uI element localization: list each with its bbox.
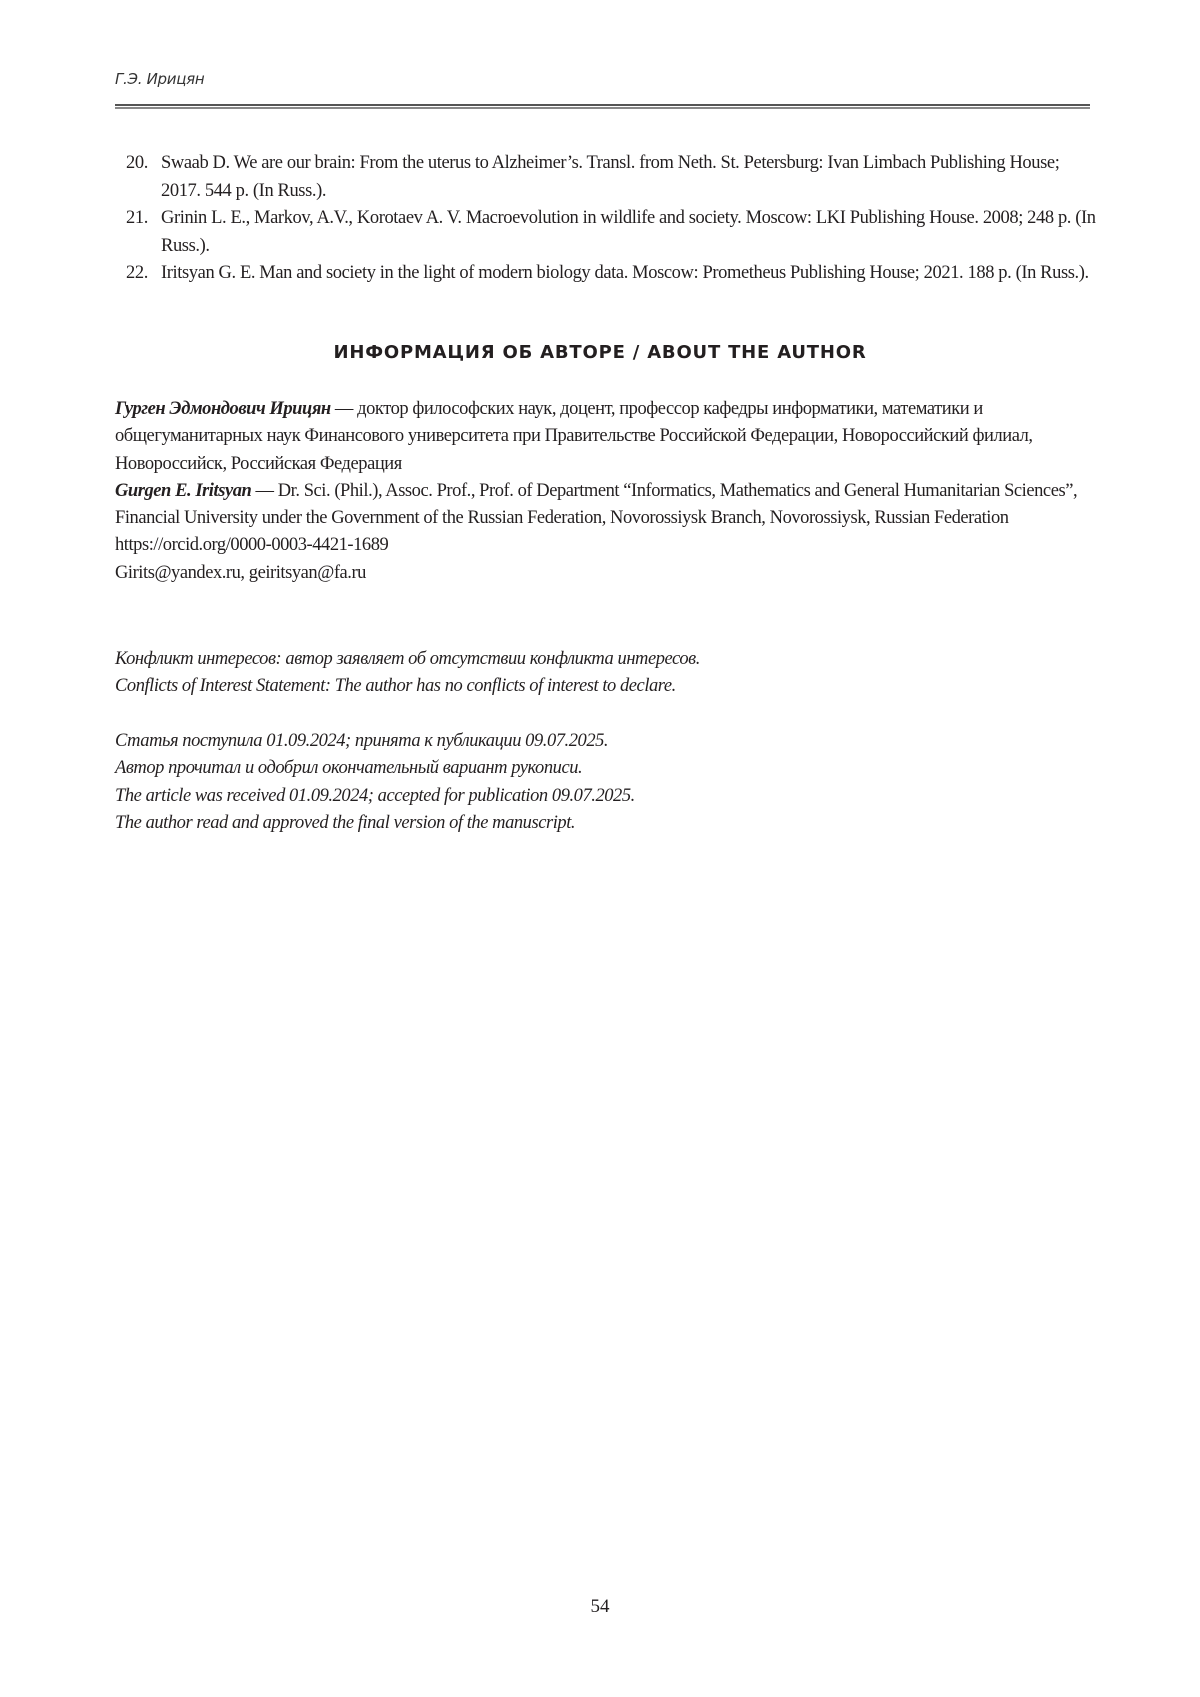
- header-rule: [115, 104, 1090, 109]
- approved-en: The author read and approved the final v…: [115, 810, 1100, 837]
- author-emails[interactable]: Girits@yandex.ru, geiritsyan@fa.ru: [115, 560, 1100, 587]
- author-name-en: Gurgen E. Iritsyan: [115, 481, 251, 501]
- article-dates: Статья поступила 01.09.2024; принята к п…: [115, 728, 1100, 837]
- author-info: Гурген Эдмондович Ирицян — доктор филосо…: [115, 396, 1100, 587]
- reference-item: 20. Swaab D. We are our brain: From the …: [115, 150, 1100, 205]
- conflict-ru: Конфликт интересов: автор заявляет об от…: [115, 646, 1100, 673]
- conflict-en: Conflicts of Interest Statement: The aut…: [115, 673, 1100, 700]
- reference-item: 22. Iritsyan G. E. Man and society in th…: [115, 260, 1100, 288]
- author-name-ru: Гурген Эдмондович Ирицян: [115, 399, 331, 419]
- author-info-en: Gurgen E. Iritsyan — Dr. Sci. (Phil.), A…: [115, 478, 1100, 533]
- author-desc-en: — Dr. Sci. (Phil.), Assoc. Prof., Prof. …: [115, 481, 1077, 528]
- reference-item: 21. Grinin L. E., Markov, A.V., Korotaev…: [115, 205, 1100, 260]
- section-heading: ИНФОРМАЦИЯ ОБ АВТОРЕ / ABOUT THE AUTHOR: [0, 342, 1200, 363]
- reference-text: Swaab D. We are our brain: From the uter…: [161, 153, 1059, 201]
- approved-ru: Автор прочитал и одобрил окончательный в…: [115, 755, 1100, 782]
- reference-number: 22.: [126, 260, 148, 288]
- reference-text: Grinin L. E., Markov, A.V., Korotaev A. …: [161, 208, 1096, 256]
- reference-number: 20.: [126, 150, 148, 178]
- running-head: Г.Э. Ирицян: [115, 70, 204, 88]
- reference-number: 21.: [126, 205, 148, 233]
- author-info-ru: Гурген Эдмондович Ирицян — доктор филосо…: [115, 396, 1100, 478]
- received-en: The article was received 01.09.2024; acc…: [115, 783, 1100, 810]
- received-ru: Статья поступила 01.09.2024; принята к п…: [115, 728, 1100, 755]
- conflict-of-interest: Конфликт интересов: автор заявляет об от…: [115, 646, 1100, 701]
- reference-text: Iritsyan G. E. Man and society in the li…: [161, 263, 1089, 283]
- reference-list: 20. Swaab D. We are our brain: From the …: [115, 150, 1100, 288]
- page-number: 54: [0, 1596, 1200, 1618]
- orcid-link[interactable]: https://orcid.org/0000-0003-4421-1689: [115, 532, 1100, 559]
